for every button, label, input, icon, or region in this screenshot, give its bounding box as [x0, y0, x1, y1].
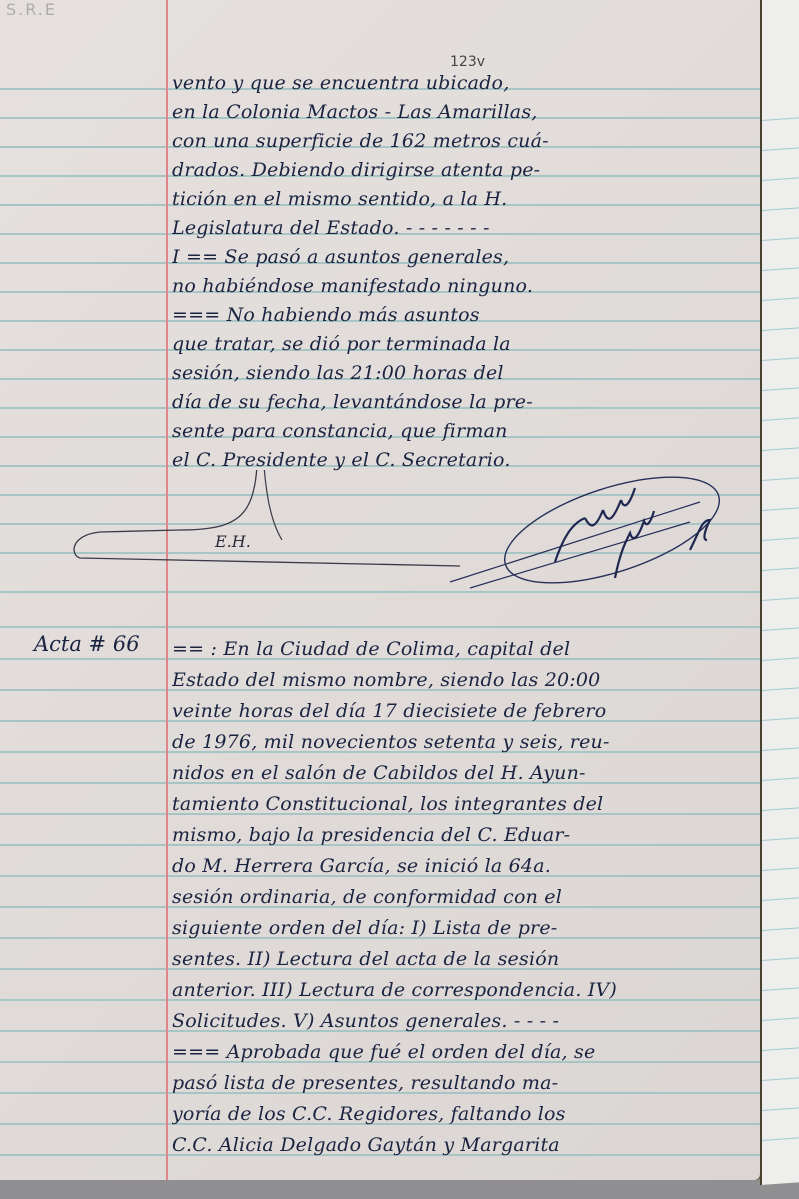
rule-line	[762, 747, 799, 751]
rule-line	[0, 626, 760, 628]
text-line: mismo, bajo la presidencia del C. Eduar-	[172, 822, 757, 848]
text-line: tición en el mismo sentido, a la H.	[172, 186, 757, 212]
text-line: siguiente orden del día: I) Lista de pre…	[172, 915, 757, 941]
rule-line	[762, 417, 799, 421]
rule-line	[762, 627, 799, 631]
rule-line	[762, 117, 799, 121]
rule-line	[762, 507, 799, 511]
rule-line	[762, 567, 799, 571]
text-line: Estado del mismo nombre, siendo las 20:0…	[172, 667, 757, 693]
text-line: Legislatura del Estado. - - - - - - -	[172, 215, 757, 241]
text-line: de 1976, mil novecientos setenta y seis,…	[172, 729, 757, 755]
text-line: === No habiendo más asuntos	[172, 302, 757, 328]
text-line: que tratar, se dió por terminada la	[172, 331, 757, 357]
rule-line	[762, 1107, 799, 1111]
text-line: anterior. III) Lectura de correspondenci…	[172, 977, 757, 1003]
signature-strokes-icon	[0, 470, 760, 620]
text-line: sesión ordinaria, de conformidad con el	[172, 884, 757, 910]
text-line: sentes. II) Lectura del acta de la sesió…	[172, 946, 757, 972]
rule-line	[762, 927, 799, 931]
text-line: en la Colonia Mactos - Las Amarillas,	[172, 99, 757, 125]
rule-line	[762, 1017, 799, 1021]
text-line: día de su fecha, levantándose la pre-	[172, 389, 757, 415]
rule-line	[762, 207, 799, 211]
left-signature-initials: E.H.	[215, 532, 251, 551]
rule-line	[762, 987, 799, 991]
text-line: I == Se pasó a asuntos generales,	[172, 244, 757, 270]
rule-line	[762, 957, 799, 961]
text-line: veinte horas del día 17 diecisiete de fe…	[172, 698, 757, 724]
acta-number-label: Acta # 66	[34, 632, 140, 656]
notebook-page: S.R.E 123v vento y que se encuentra ubic…	[0, 0, 760, 1180]
text-line: tamiento Constitucional, los integrantes…	[172, 791, 757, 817]
text-line: drados. Debiendo dirigirse atenta pe-	[172, 157, 757, 183]
page-stamp: S.R.E	[6, 0, 57, 19]
rule-line	[762, 327, 799, 331]
text-line: sesión, siendo las 21:00 horas del	[172, 360, 757, 386]
rule-line	[762, 597, 799, 601]
rule-line	[762, 357, 799, 361]
signatures-area: E.H.	[0, 470, 760, 620]
rule-line	[762, 807, 799, 811]
rule-line	[762, 687, 799, 691]
rule-line	[762, 717, 799, 721]
rule-line	[762, 387, 799, 391]
rule-line	[762, 867, 799, 871]
rule-line	[762, 447, 799, 451]
rule-line	[762, 1047, 799, 1051]
rule-line	[762, 537, 799, 541]
text-line: do M. Herrera García, se inició la 64a.	[172, 853, 757, 879]
rule-line	[762, 777, 799, 781]
text-line: sente para constancia, que firman	[172, 418, 757, 444]
text-line: === Aprobada que fué el orden del día, s…	[172, 1039, 757, 1065]
text-line: yoría de los C.C. Regidores, faltando lo…	[172, 1101, 757, 1127]
text-line: C.C. Alicia Delgado Gaytán y Margarita	[172, 1132, 757, 1158]
rule-line	[762, 897, 799, 901]
text-line: vento y que se encuentra ubicado,	[172, 70, 757, 96]
rule-line	[762, 837, 799, 841]
rule-line	[762, 177, 799, 181]
text-line: == : En la Ciudad de Colima, capital del	[172, 636, 757, 662]
rule-line	[762, 147, 799, 151]
adjacent-page-edge	[762, 0, 799, 1185]
rule-line	[762, 1137, 799, 1141]
text-line: no habiéndose manifestado ninguno.	[172, 273, 757, 299]
text-line: nidos en el salón de Cabildos del H. Ayu…	[172, 760, 757, 786]
text-line: pasó lista de presentes, resultando ma-	[172, 1070, 757, 1096]
folio-number: 123v	[450, 54, 485, 70]
rule-line	[762, 237, 799, 241]
rule-line	[762, 297, 799, 301]
rule-line	[762, 657, 799, 661]
rule-line	[762, 1077, 799, 1081]
text-line: con una superficie de 162 metros cuá-	[172, 128, 757, 154]
text-line: Solicitudes. V) Asuntos generales. - - -…	[172, 1008, 757, 1034]
rule-line	[762, 477, 799, 481]
rule-line	[762, 267, 799, 271]
